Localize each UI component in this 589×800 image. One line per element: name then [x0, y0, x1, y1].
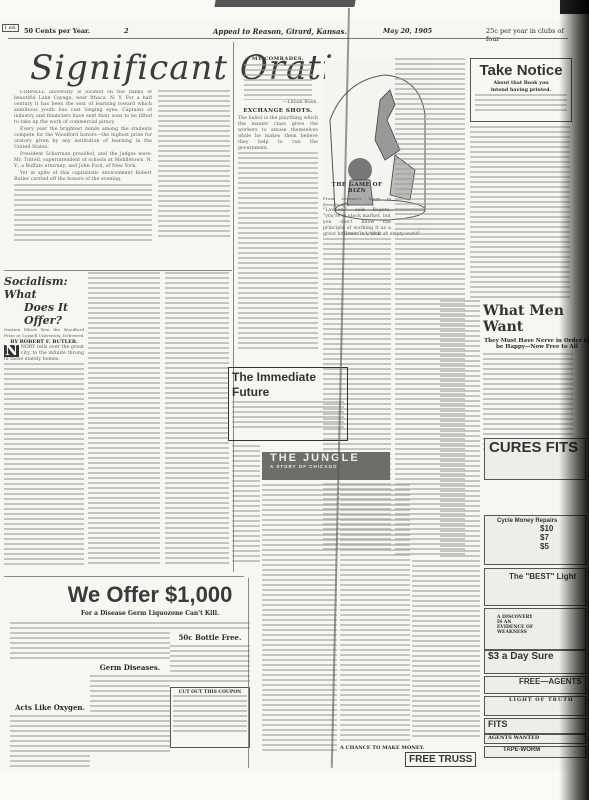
masthead-rule — [8, 38, 568, 39]
jungle-title: THE JUNGLE — [270, 452, 360, 464]
liquozone-column: Germ Diseases. — [90, 622, 170, 762]
text-block — [158, 90, 230, 240]
cures-fits-ad: CURES FITS — [484, 438, 586, 480]
tapeworm-ad: TAPE-WORM — [484, 746, 586, 758]
lead-article-continued — [158, 90, 230, 240]
light-of-truth-ad: LIGHT OF TRUTH — [484, 696, 586, 716]
article-column — [165, 272, 229, 567]
ink-blot — [214, 0, 355, 7]
free-agents-ad: FREE—AGENTS — [484, 676, 586, 694]
lead-article-body: CORNELL university is located on the ban… — [14, 90, 152, 245]
coupon[interactable]: CUT OUT THIS COUPON — [170, 687, 250, 748]
best-light-ad: The "BEST" Light — [484, 568, 586, 606]
text-block — [412, 560, 480, 740]
text-block — [90, 622, 170, 660]
bottom-margin — [0, 770, 589, 800]
discovery-ad: A DISCOVERY IS AN EVIDENCE OF WEAKNESS — [484, 608, 586, 650]
text-block — [340, 484, 410, 744]
what-men-want-subtitle: They Must Have Nerve in Order to be Happ… — [483, 338, 589, 350]
bicycle-ad: Cycle Money Repairs $10 $7 $5 — [484, 515, 586, 565]
text-block — [165, 272, 229, 567]
take-notice-box: Take Notice About that Book you intend h… — [470, 58, 572, 122]
jungle-story-column — [262, 484, 337, 754]
chance-to-make-money: A CHANCE TO MAKE MONEY. — [340, 745, 424, 751]
game-title: THE GAME OF BIZN — [323, 182, 391, 194]
ad-price: $5 — [485, 542, 585, 551]
dropcap: N — [4, 345, 19, 357]
text-block — [232, 445, 260, 565]
text-block — [14, 184, 152, 244]
socialism-article: Socialism: What Does It Offer? Oration W… — [4, 275, 84, 565]
ad-price: $10 — [485, 524, 585, 533]
liquozone-column — [10, 622, 90, 662]
immediate-future-box: The Immediate Future — [228, 367, 348, 441]
column-rule — [4, 270, 232, 271]
article-column — [470, 126, 570, 298]
paper-title: Appeal to Reason, Girard, Kansas. — [213, 27, 347, 36]
jungle-subtitle: A STORY OF CHICAGO — [270, 464, 390, 469]
ad-title: TAPE-WORM — [485, 747, 585, 753]
take-notice-subtitle: About that Book you — [471, 80, 571, 86]
liquozone-ad: We Offer $1,000 For a Disease Germ Liquo… — [0, 582, 300, 617]
liquozone-subheadline: For a Disease Germ Liquozone Can't Kill. — [0, 610, 300, 617]
ink-blot — [560, 0, 589, 14]
ad-title: FREE—AGENTS — [485, 677, 585, 686]
newspaper-page: 1 ed. 50 Cents per Year. 2 Appeal to Rea… — [0, 0, 589, 800]
section-acts-like-oxygen: Acts Like Oxygen. — [10, 703, 90, 712]
ad-title: Cycle Money Repairs — [485, 516, 585, 524]
text-block — [440, 300, 480, 560]
text-block — [238, 152, 318, 352]
immediate-future-title: Future — [229, 383, 347, 398]
text-block — [170, 622, 250, 630]
text-block — [475, 94, 567, 114]
jungle-banner: THE JUNGLE A STORY OF CHICAGO — [262, 452, 390, 480]
exchange-lead: The ballot is the plaything which the ma… — [238, 116, 318, 152]
text-block — [470, 126, 570, 298]
text-block — [4, 363, 84, 565]
liquozone-column: 50c Bottle Free. CUT OUT THIS COUPON — [170, 622, 250, 767]
agents-wanted-ad: AGENTS WANTED — [484, 734, 586, 744]
game-lead: "Lawson," said Rogers, "you're in stock … — [323, 208, 391, 238]
liquozone-headline: We Offer $1,000 — [0, 582, 300, 608]
page-number: 2 — [124, 27, 129, 35]
text-block — [170, 645, 250, 683]
jungle-story-column — [340, 484, 410, 744]
what-men-want-article: What Men Want They Must Have Nerve in Or… — [483, 303, 589, 453]
section-bottle-free: 50c Bottle Free. — [170, 633, 250, 642]
column-rule — [248, 578, 249, 768]
issue-date: May 20, 1905 — [383, 27, 432, 35]
socialism-subtitle: Oration Which Won the Woodford Prize at … — [4, 327, 84, 339]
section-rule — [4, 576, 244, 577]
article-column — [440, 300, 480, 560]
ad-title: A DISCOVERY IS AN EVIDENCE OF WEAKNESS — [485, 609, 537, 635]
text-block — [10, 622, 90, 662]
paragraph: Every year the brightest minds among the… — [14, 127, 152, 151]
ad-title: The "BEST" Light — [485, 569, 585, 581]
take-notice-subtitle: intend having printed. — [471, 87, 571, 93]
subscription-price-right: 25c per year in clubs of four — [486, 27, 578, 43]
three-dollar-ad: $3 a Day Sure — [484, 650, 586, 674]
section-germ-diseases: Germ Diseases. — [90, 663, 170, 672]
poem-verse — [244, 64, 312, 100]
socialism-title-line2: Does It Offer? — [4, 301, 84, 327]
game-source: From Leeman's Story in Everybody's — [323, 196, 391, 208]
ad-title: CURES FITS — [485, 439, 585, 456]
text-block — [88, 272, 160, 567]
subscription-price-left: 50 Cents per Year. — [24, 27, 90, 35]
ad-title: AGENTS WANTED — [485, 735, 585, 741]
poem-author: —Lillian Rush. — [238, 100, 318, 106]
what-men-want-title: What Men Want — [483, 303, 589, 335]
liquozone-column: Acts Like Oxygen. — [10, 700, 90, 770]
article-column — [88, 272, 160, 567]
article-column — [232, 445, 260, 565]
coupon-lines — [173, 695, 247, 735]
immediate-future-title: The Immediate — [229, 368, 347, 383]
paragraph: Yet in spite of this capitalistic enviro… — [14, 171, 152, 183]
text-block — [90, 675, 170, 755]
paragraph: CORNELL university is located on the ban… — [14, 90, 152, 126]
paragraph: President Schurman presided, and the jud… — [14, 152, 152, 170]
fits-ad: FITS — [484, 718, 586, 734]
ad-title: FITS — [485, 719, 585, 729]
poem-column: MY COMRADES. —Lillian Rush. EXCHANGE SHO… — [238, 56, 318, 356]
ad-title: $3 a Day Sure — [485, 651, 585, 662]
ad-title: LIGHT OF TRUTH — [485, 697, 585, 703]
text-block — [232, 401, 344, 431]
take-notice-title: Take Notice — [471, 62, 571, 79]
text-block — [10, 715, 90, 770]
free-truss-ad: FREE TRUSS — [405, 752, 476, 767]
socialism-title-line1: Socialism: What — [4, 275, 84, 301]
text-block — [262, 484, 337, 754]
poem-title: MY COMRADES. — [238, 56, 318, 62]
exchange-title: EXCHANGE SHOTS. — [238, 108, 318, 114]
ad-price: $7 — [485, 533, 585, 542]
masthead: 50 Cents per Year. 2 Appeal to Reason, G… — [8, 24, 578, 38]
article-column — [412, 560, 480, 740]
